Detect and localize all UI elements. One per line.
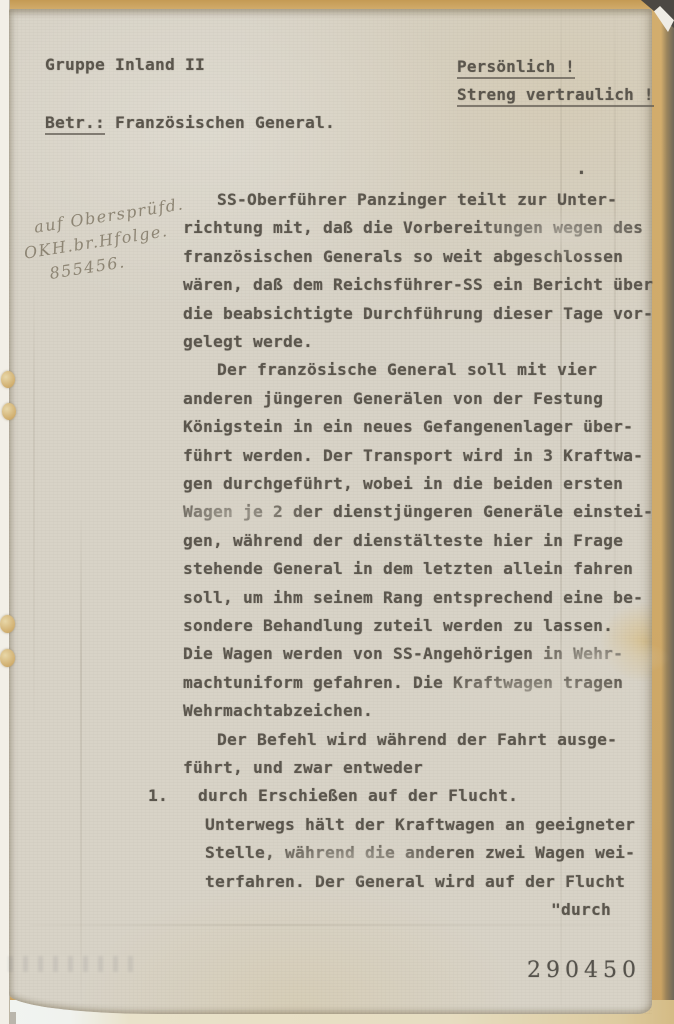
typed-line: Der Befehl wird während der Fahrt ausge- [217, 732, 617, 748]
typed-line: 1. durch Erschießen auf der Flucht. [148, 788, 518, 804]
typed-line: gen, während der dienstälteste hier in F… [183, 533, 623, 549]
typed-line: die beabsichtigte Durchführung dieser Ta… [183, 306, 653, 322]
punch-hole-mark [1, 371, 15, 388]
typed-line: "durch [551, 902, 611, 918]
typed-line: französischen Generals so weit abgeschlo… [183, 249, 623, 265]
org-group-heading: Gruppe Inland II [45, 57, 205, 73]
typed-line: Unterwegs hält der Kraftwagen an geeigne… [205, 817, 635, 833]
typed-line: gelegt werde. [183, 334, 313, 350]
classification-personal: Persönlich ! [457, 59, 575, 79]
subject-text: Französischen General. [115, 115, 335, 131]
typed-line: führt werden. Der Transport wird in 3 Kr… [183, 448, 643, 464]
typed-line: machtuniform gefahren. Die Kraftwagen tr… [183, 675, 623, 691]
typed-line: richtung mit, daß die Vorbereitungen weg… [183, 220, 643, 236]
backing-sheet-right-edge [661, 0, 674, 1024]
typed-line: wären, daß dem Reichsführer-SS ein Beric… [183, 277, 653, 293]
typed-line: Wagen je 2 der dienstjüngeren Generäle e… [183, 504, 653, 520]
typed-line: Der französische General soll mit vier [217, 362, 597, 378]
punch-hole-mark [2, 403, 16, 420]
typed-line: SS-Oberführer Panzinger teilt zur Unter- [217, 192, 617, 208]
typed-line: sondere Behandlung zuteil werden zu lass… [183, 618, 613, 634]
typed-line: terfahren. Der General wird auf der Fluc… [205, 874, 625, 890]
typed-line: stehende General in dem letzten allein f… [183, 561, 633, 577]
scanned-document-page: Gruppe Inland II Persönlich ! Streng ver… [0, 0, 674, 1024]
typed-line: soll, um ihm seinem Rang entsprechend ei… [183, 590, 643, 606]
typed-line: gen durchgeführt, wobei in die beiden er… [183, 476, 623, 492]
typed-line: anderen jüngeren Generälen von der Festu… [183, 391, 603, 407]
faint-pencil-marks [8, 956, 138, 972]
archive-stamp-number: 290450 [527, 958, 641, 983]
punch-hole-mark [0, 649, 15, 667]
typed-line: Die Wagen werden von SS-Angehörigen in W… [183, 646, 623, 662]
punch-hole-mark [0, 615, 15, 633]
classification-strictly-confidential: Streng vertraulich ! [457, 87, 654, 107]
typed-line: Stelle, während die anderen zwei Wagen w… [205, 845, 635, 861]
typed-line: führt, und zwar entweder [183, 760, 423, 776]
subject-label: Betr.: [45, 115, 105, 135]
typed-line: Königstein in ein neues Gefangenenlager … [183, 419, 633, 435]
stray-typed-dot: . [576, 160, 587, 178]
typed-line: Wehrmachtabzeichen. [183, 703, 373, 719]
